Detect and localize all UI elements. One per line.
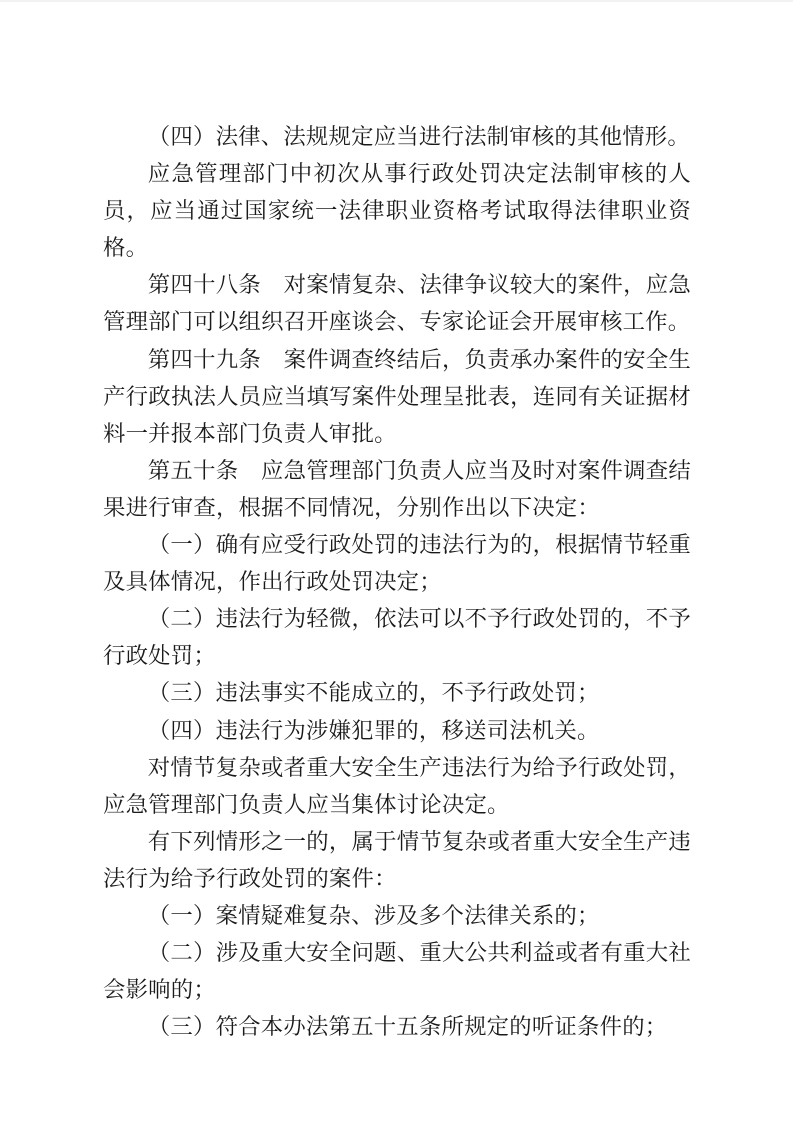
paragraph: （四）违法行为涉嫌犯罪的，移送司法机关。 <box>103 713 691 750</box>
paragraph: （三）符合本办法第五十五条所规定的听证条件的； <box>103 1009 691 1046</box>
paragraph: （一）确有应受行政处罚的违法行为的，根据情节轻重及具体情况，作出行政处罚决定； <box>103 527 691 601</box>
document-page: （四）法律、法规规定应当进行法制审核的其他情形。应急管理部门中初次从事行政处罚决… <box>0 0 793 1122</box>
paragraph: （四）法律、法规规定应当进行法制审核的其他情形。 <box>103 119 691 156</box>
paragraph: （二）违法行为轻微，依法可以不予行政处罚的，不予行政处罚； <box>103 601 691 675</box>
paragraph: （一）案情疑难复杂、涉及多个法律关系的； <box>103 898 691 935</box>
paragraph: 第五十条 应急管理部门负责人应当及时对案件调查结果进行审查，根据不同情况，分别作… <box>103 453 691 527</box>
document-body: （四）法律、法规规定应当进行法制审核的其他情形。应急管理部门中初次从事行政处罚决… <box>103 119 691 1046</box>
paragraph: 第四十九条 案件调查终结后，负责承办案件的安全生产行政执法人员应当填写案件处理呈… <box>103 342 691 453</box>
paragraph: 对情节复杂或者重大安全生产违法行为给予行政处罚，应急管理部门负责人应当集体讨论决… <box>103 750 691 824</box>
paragraph: （二）涉及重大安全问题、重大公共利益或者有重大社会影响的； <box>103 935 691 1009</box>
paragraph: （三）违法事实不能成立的，不予行政处罚； <box>103 675 691 712</box>
paragraph: 有下列情形之一的，属于情节复杂或者重大安全生产违法行为给予行政处罚的案件： <box>103 824 691 898</box>
paragraph: 应急管理部门中初次从事行政处罚决定法制审核的人员，应当通过国家统一法律职业资格考… <box>103 156 691 267</box>
paragraph: 第四十八条 对案情复杂、法律争议较大的案件，应急管理部门可以组织召开座谈会、专家… <box>103 267 691 341</box>
